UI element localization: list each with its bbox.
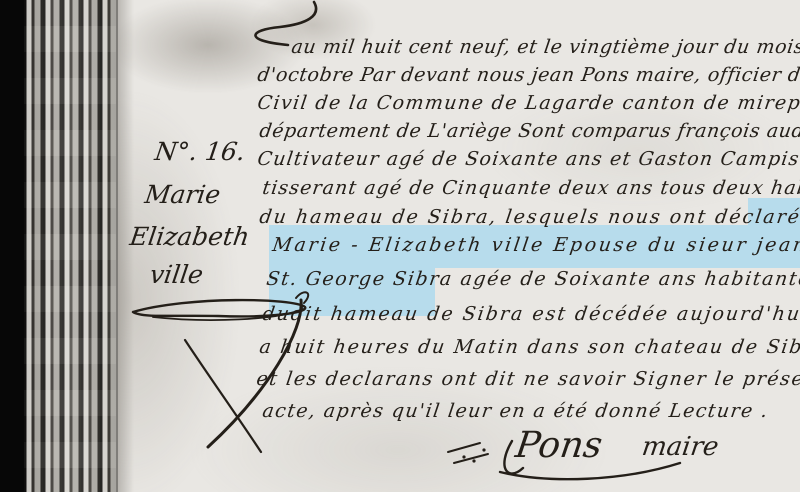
book-page-edges bbox=[24, 0, 118, 492]
signature-title: maire bbox=[640, 432, 721, 462]
margin-name-line: Marie bbox=[143, 180, 222, 209]
signature-lead-flourish bbox=[454, 454, 488, 463]
body-line: Marie - Elizabeth ville Epouse du sieur … bbox=[271, 234, 800, 256]
paraph-flourish bbox=[185, 340, 261, 452]
body-line: tisserant agé de Cinquante deux ans tous… bbox=[261, 177, 800, 199]
body-line: dudit hameau de Sibra est décédée aujour… bbox=[261, 303, 800, 325]
body-line: St. George Sibra agée de Soixante ans ha… bbox=[265, 268, 800, 290]
signature-name: Pons bbox=[513, 425, 605, 466]
signature-lead-flourish bbox=[482, 448, 485, 451]
margin-name-line: ville bbox=[148, 260, 205, 289]
margin-name-line: Elizabeth bbox=[128, 222, 251, 251]
signature-lead-flourish bbox=[462, 455, 465, 458]
body-line: acte, après qu'il leur en a été donné Le… bbox=[261, 400, 770, 422]
body-line: département de L'ariège Sont comparus fr… bbox=[258, 120, 800, 142]
body-line: du hameau de Sibra, lesquels nous ont dé… bbox=[258, 206, 800, 228]
body-line: et les declarans ont dit ne savoir Signe… bbox=[255, 368, 800, 390]
book-spine bbox=[0, 0, 26, 492]
margin-record-number: N°. 16. bbox=[153, 137, 247, 166]
signature-lead-flourish bbox=[448, 443, 480, 452]
signature-lead-flourish bbox=[472, 459, 475, 462]
body-line: d'octobre Par devant nous jean Pons mair… bbox=[256, 64, 800, 86]
body-line: a huit heures du Matin dans son chateau … bbox=[258, 336, 800, 358]
body-line: au mil huit cent neuf, et le vingtième j… bbox=[290, 36, 800, 58]
scanned-register-page: N°. 16. Marie Elizabeth ville au mil hui… bbox=[0, 0, 800, 492]
paper: N°. 16. Marie Elizabeth ville au mil hui… bbox=[116, 0, 800, 492]
body-line: Civil de la Commune de Lagarde canton de… bbox=[256, 92, 800, 114]
body-line: Cultivateur agé de Soixante ans et Gasto… bbox=[256, 148, 800, 170]
